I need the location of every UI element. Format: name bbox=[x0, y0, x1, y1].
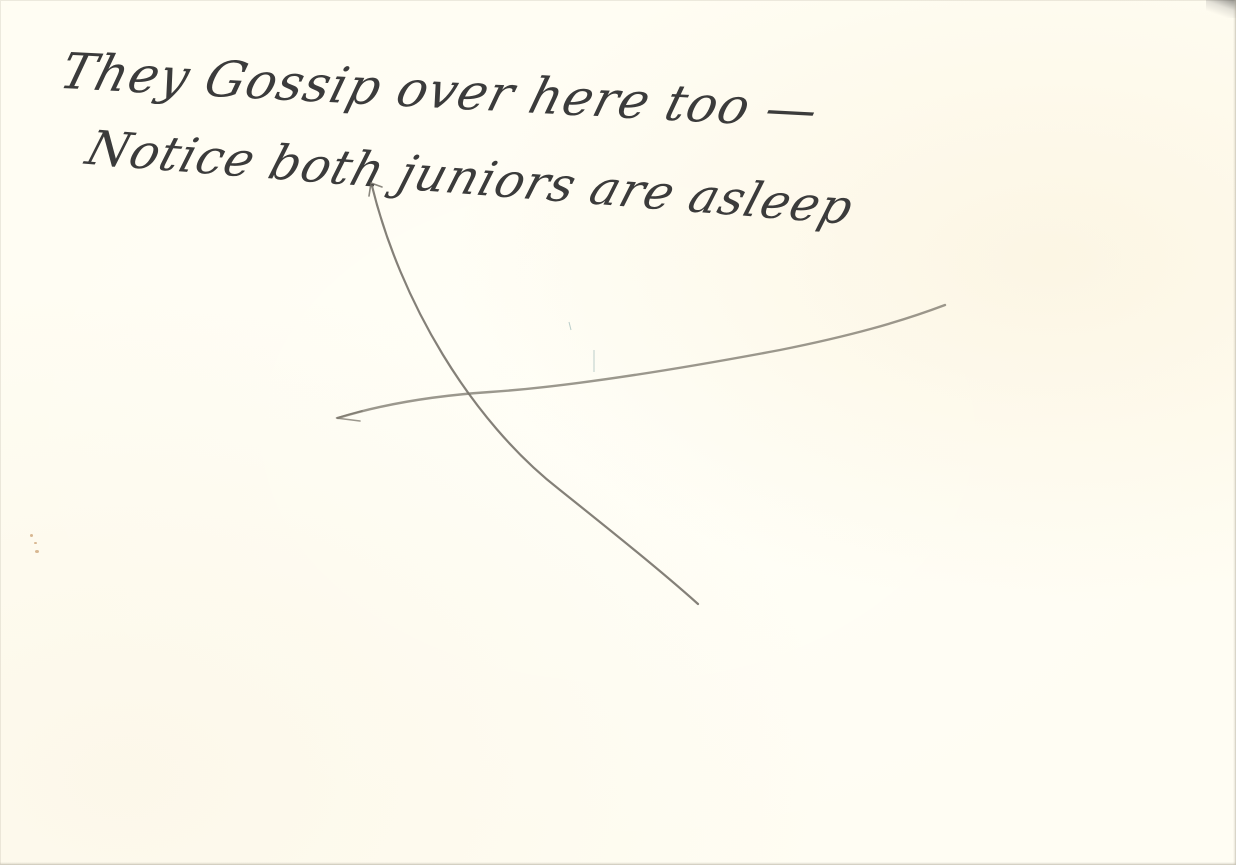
photo-back-card: They Gossip over here too — Notice both … bbox=[0, 0, 1236, 865]
arrowhead-upper-left-icon bbox=[369, 183, 382, 196]
pencil-stroke-horizontal bbox=[338, 305, 945, 418]
faint-tick-mark bbox=[569, 322, 571, 330]
pencil-stroke-diagonal bbox=[372, 186, 698, 604]
pencil-x-mark bbox=[0, 0, 1236, 865]
arrowhead-left-icon bbox=[336, 411, 362, 421]
